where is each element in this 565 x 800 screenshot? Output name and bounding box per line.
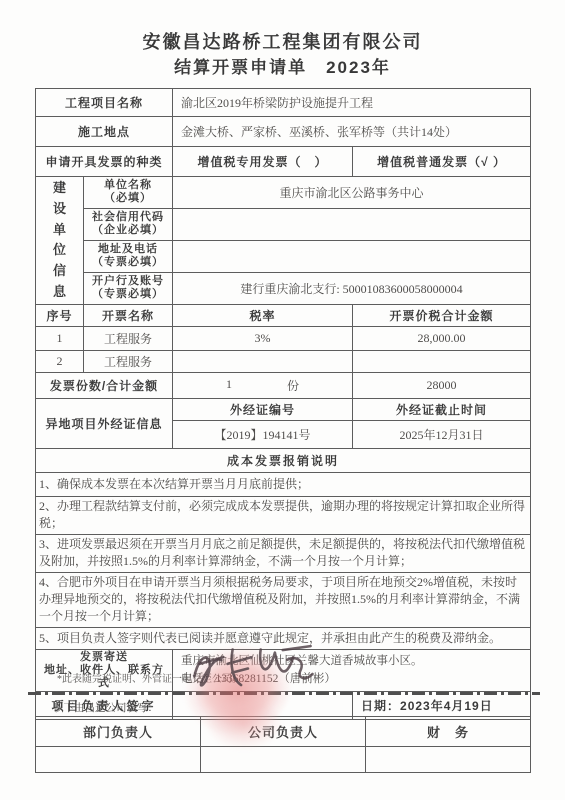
application-form-table: 工程项目名称 渝北区2019年桥梁防护设施提升工程 施工地点 金滩大桥、严家桥、… [35, 88, 531, 720]
item-name: 工程服务 [84, 350, 173, 372]
external-cert-deadline: 2025年12月31日 [353, 420, 531, 448]
company-head-sign-cell [201, 747, 366, 773]
note-text: 1、确保成本发票在本次结算开票当月月底前提供； [36, 472, 531, 496]
owner-bank-row: 开户行及账号 （专票必填） 建行重庆渝北支行: 5000108360005800… [36, 272, 531, 304]
summary-unit: 份 [287, 377, 299, 394]
summary-count: 1 [226, 377, 232, 394]
summary-label: 发票份数/合计金额 [36, 372, 173, 398]
invoice-type-label: 申请开具发票的种类 [36, 147, 173, 177]
col-header-amount: 开票价税合计金额 [353, 304, 531, 326]
label-line: （专票必填） [87, 288, 169, 301]
notes-title-row: 成本发票报销说明 [36, 448, 531, 472]
owner-credit-value [173, 208, 531, 240]
external-cert-header-row: 异地项目外经证信息 外经证编号 外经证截止时间 [36, 398, 531, 420]
external-cert-no-header: 外经证编号 [173, 398, 353, 420]
company-fill-note: 以下由昌达公司填写： [53, 700, 158, 715]
owner-name-row: 建设单位信息 单位名称 （必填） 重庆市渝北区公路事务中心 [36, 177, 531, 209]
note-text: 3、进项发票最迟须在开票当月月底之前足额提供，未足额提供的，将按税法代扣代缴增值… [36, 534, 531, 572]
note-text: 2、办理工程款结算支付前，必须完成成本发票提供，逾期办理的将按规定计算扣取企业所… [36, 496, 531, 534]
dept-head-sign-cell [36, 747, 201, 773]
invoice-type-general: 增值税普通发票（√ ） [353, 147, 531, 177]
item-rate [173, 350, 353, 372]
items-header-row: 序号 开票名称 税率 开票价税合计金额 [36, 304, 531, 326]
owner-section-label: 建设单位信息 [36, 177, 84, 305]
owner-credit-row: 社会信用代码 （企业必填） [36, 208, 531, 240]
finance-header: 财 务 [366, 717, 531, 747]
summary-row: 发票份数/合计金额 1 份 28000 [36, 372, 531, 398]
item-row-1: 1 工程服务 3% 28,000.00 [36, 326, 531, 350]
approval-header-row: 部门负责人 公司负责人 财 务 [36, 717, 531, 747]
company-title: 安徽昌达路桥工程集团有限公司 [0, 28, 565, 54]
label-line: （专票必填） [87, 256, 169, 269]
item-name: 工程服务 [84, 326, 173, 350]
invoice-type-row: 申请开具发票的种类 增值税专用发票（ ） 增值税普通发票（√ ） [36, 147, 531, 177]
invoice-type-special: 增值税专用发票（ ） [173, 147, 353, 177]
label-line: 开户行及账号 [87, 275, 169, 288]
note-row-3: 3、进项发票最迟须在开票当月月底之前足额提供，未足额提供的，将按税法代扣代缴增值… [36, 534, 531, 572]
label-line: 地址及电话 [87, 243, 169, 256]
summary-amount: 28000 [353, 372, 531, 398]
item-no: 2 [36, 350, 84, 372]
note-row-1: 1、确保成本发票在本次结算开票当月月底前提供； [36, 472, 531, 496]
document-page: 安徽昌达路桥工程集团有限公司 结算开票申请单 2023年 工程项目名称 渝北区2… [0, 0, 565, 800]
external-cert-deadline-header: 外经证截止时间 [353, 398, 531, 420]
form-title: 结算开票申请单 2023年 [0, 53, 565, 78]
label-line: 单位名称 [87, 179, 169, 192]
signature-handwriting-icon [186, 633, 325, 704]
external-cert-label: 异地项目外经证信息 [36, 398, 173, 448]
item-row-2: 2 工程服务 [36, 350, 531, 372]
project-name-row: 工程项目名称 渝北区2019年桥梁防护设施提升工程 [36, 89, 531, 117]
col-header-no: 序号 [36, 304, 84, 326]
owner-address-row: 地址及电话 （专票必填） [36, 240, 531, 272]
item-amount [353, 350, 531, 372]
owner-bank-value: 建行重庆渝北支行: 50001083600058000004 [173, 272, 531, 304]
label-line: 社会信用代码 [87, 211, 169, 224]
item-amount: 28,000.00 [353, 326, 531, 350]
owner-bank-label: 开户行及账号 （专票必填） [84, 272, 173, 304]
note-row-4: 4、合肥市外项目在申请开票当月须根据税务局要求，于项目所在地预交2%增值税，未按… [36, 572, 531, 627]
owner-name-value: 重庆市渝北区公路事务中心 [173, 177, 531, 209]
dept-head-header: 部门负责人 [36, 717, 201, 747]
label-line: 发票寄送 [39, 651, 169, 664]
owner-address-label: 地址及电话 （专票必填） [84, 240, 173, 272]
col-header-rate: 税率 [173, 304, 353, 326]
label-line: （必填） [87, 192, 169, 205]
red-stamp-smudge [205, 698, 283, 750]
owner-name-label: 单位名称 （必填） [84, 177, 173, 209]
owner-vertical-text: 建设单位信息 [53, 178, 66, 303]
summary-count-cell: 1 份 [173, 372, 353, 398]
note-row-2: 2、办理工程款结算支付前，必须完成成本发票提供，逾期办理的将按规定计算扣取企业所… [36, 496, 531, 534]
approval-table: 部门负责人 公司负责人 财 务 [35, 716, 531, 773]
note-text: 4、合肥市外项目在申请开票当月须根据税务局要求，于项目所在地预交2%增值税，未按… [36, 572, 531, 627]
item-no: 1 [36, 326, 84, 350]
project-name-value: 渝北区2019年桥梁防护设施提升工程 [173, 89, 531, 117]
col-header-name: 开票名称 [84, 304, 173, 326]
location-label: 施工地点 [36, 117, 173, 147]
notes-title: 成本发票报销说明 [36, 448, 531, 472]
location-value: 金滩大桥、严家桥、巫溪桥、张军桥等（共计14处） [173, 117, 531, 147]
owner-address-value [173, 240, 531, 272]
owner-credit-label: 社会信用代码 （企业必填） [84, 208, 173, 240]
finance-sign-cell [366, 747, 531, 773]
label-line: （企业必填） [87, 224, 169, 237]
external-cert-no: 【2019】194141号 [173, 420, 353, 448]
project-name-label: 工程项目名称 [36, 89, 173, 117]
location-row: 施工地点 金滩大桥、严家桥、巫溪桥、张军桥等（共计14处） [36, 117, 531, 147]
approval-sign-row [36, 747, 531, 773]
item-rate: 3% [173, 326, 353, 350]
